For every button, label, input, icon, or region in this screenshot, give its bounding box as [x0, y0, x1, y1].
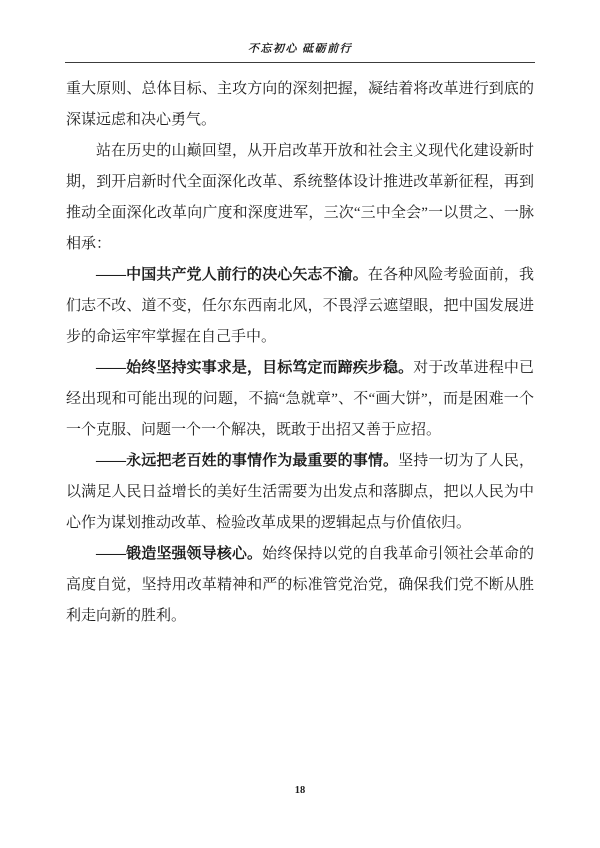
header-rule — [65, 62, 535, 63]
document-body: 重大原则、总体目标、主攻方向的深刻把握，凝结着将改革进行到底的深谋远虑和决心勇气… — [66, 74, 534, 632]
paragraph-lead: ——锻造坚强领导核心。 — [96, 546, 262, 562]
paragraph-lead: ——中国共产党人前行的决心矢志不渝。 — [96, 267, 368, 283]
paragraph-5: ——永远把老百姓的事情作为最重要的事情。坚持一切为了人民，以满足人民日益增长的美… — [66, 446, 534, 539]
paragraph-1: 重大原则、总体目标、主攻方向的深刻把握，凝结着将改革进行到底的深谋远虑和决心勇气… — [66, 74, 534, 136]
page-header: 不忘初心 砥砺前行 — [0, 40, 600, 56]
paragraph-lead: ——永远把老百姓的事情作为最重要的事情。 — [96, 453, 398, 469]
paragraph-4: ——始终坚持实事求是，目标笃定而蹄疾步稳。对于改革进程中已经出现和可能出现的问题… — [66, 353, 534, 446]
paragraph-text: 站在历史的山巅回望，从开启改革开放和社会主义现代化建设新时期，到开启新时代全面深… — [66, 143, 534, 252]
document-page: 不忘初心 砥砺前行 重大原则、总体目标、主攻方向的深刻把握，凝结着将改革进行到底… — [0, 0, 600, 848]
paragraph-3: ——中国共产党人前行的决心矢志不渝。在各种风险考验面前，我们志不改、道不变，任尔… — [66, 260, 534, 353]
paragraph-lead: ——始终坚持实事求是，目标笃定而蹄疾步稳。 — [96, 360, 413, 376]
header-title: 不忘初心 砥砺前行 — [248, 43, 352, 55]
paragraph-6: ——锻造坚强领导核心。始终保持以党的自我革命引领社会革命的高度自觉，坚持用改革精… — [66, 539, 534, 632]
paragraph-text: 重大原则、总体目标、主攻方向的深刻把握，凝结着将改革进行到底的深谋远虑和决心勇气… — [66, 81, 534, 128]
page-number: 18 — [0, 785, 600, 796]
paragraph-2: 站在历史的山巅回望，从开启改革开放和社会主义现代化建设新时期，到开启新时代全面深… — [66, 136, 534, 260]
